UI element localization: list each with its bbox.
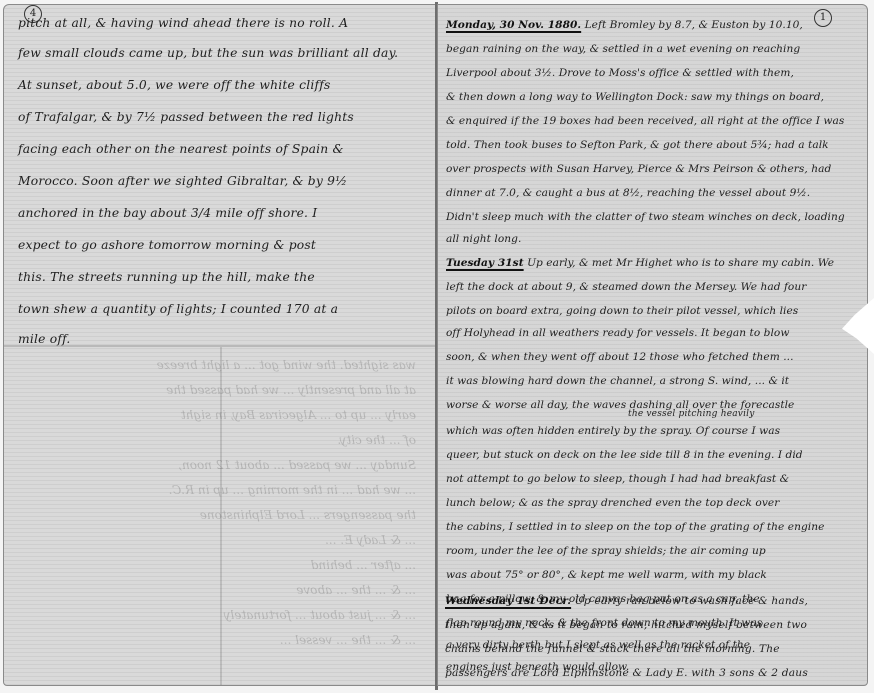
ghost-line: Sunday ... we passed ... about 12 noon,	[4, 451, 436, 479]
text-line: At sunset, about 5.0, we were off the wh…	[4, 71, 436, 99]
ghost-line: at all and presently ... we had passed t…	[4, 376, 436, 404]
text-line: mile off.	[4, 325, 436, 353]
ghost-line: ... & ... just about ... fortunately	[4, 601, 436, 629]
ghost-line: the passengers ... Lord Elphinstone	[4, 501, 436, 529]
ghost-line: was sighted. the wind got ... a light br…	[4, 351, 436, 379]
ghost-line: of ... the city.	[4, 426, 436, 454]
text-line: anchored in the bay about 3/4 mile off s…	[4, 199, 436, 227]
text-line: town shew a quantity of lights; I counte…	[4, 295, 436, 323]
text-line: of Trafalgar, & by 7½ passed between the…	[4, 103, 436, 131]
text-line: facing each other on the nearest points …	[4, 135, 436, 163]
text-line: this. The streets running up the hill, m…	[4, 263, 436, 291]
text-line: few small clouds came up, but the sun wa…	[4, 39, 436, 67]
ghost-line: ... & ... the ... above	[4, 576, 436, 604]
entry-date-heading: Wednesday 1st Decr.	[445, 595, 571, 607]
text-line: expect to go ashore tomorrow morning & p…	[4, 231, 436, 259]
ghost-line: ... & ... the ... vessel ...	[4, 626, 436, 654]
text-line: passengers are Lord Elphinstone & Lady E…	[437, 659, 868, 687]
text-line: Up early ran below to wash face & hands,	[575, 595, 808, 607]
text-line: pitch at all, & having wind ahead there …	[4, 9, 436, 37]
ghost-line: ... & Lady E. ...	[4, 526, 436, 554]
ghost-line: ... after ... behind	[4, 551, 436, 579]
scanned-letter-spread: 4 pitch at all, & having wind ahead ther…	[0, 0, 874, 693]
right-page-wednesday-entry: Wednesday 1st Decr. Up early ran below t…	[437, 0, 868, 693]
ghost-line: ... we had ... in the morning ... up in …	[4, 476, 436, 504]
left-page: 4 pitch at all, & having wind ahead ther…	[3, 4, 437, 686]
text-line: Morocco. Soon after we sighted Gibraltar…	[4, 167, 436, 195]
ghost-line: early ... up to ... Algeciras Bay, in si…	[4, 401, 436, 429]
